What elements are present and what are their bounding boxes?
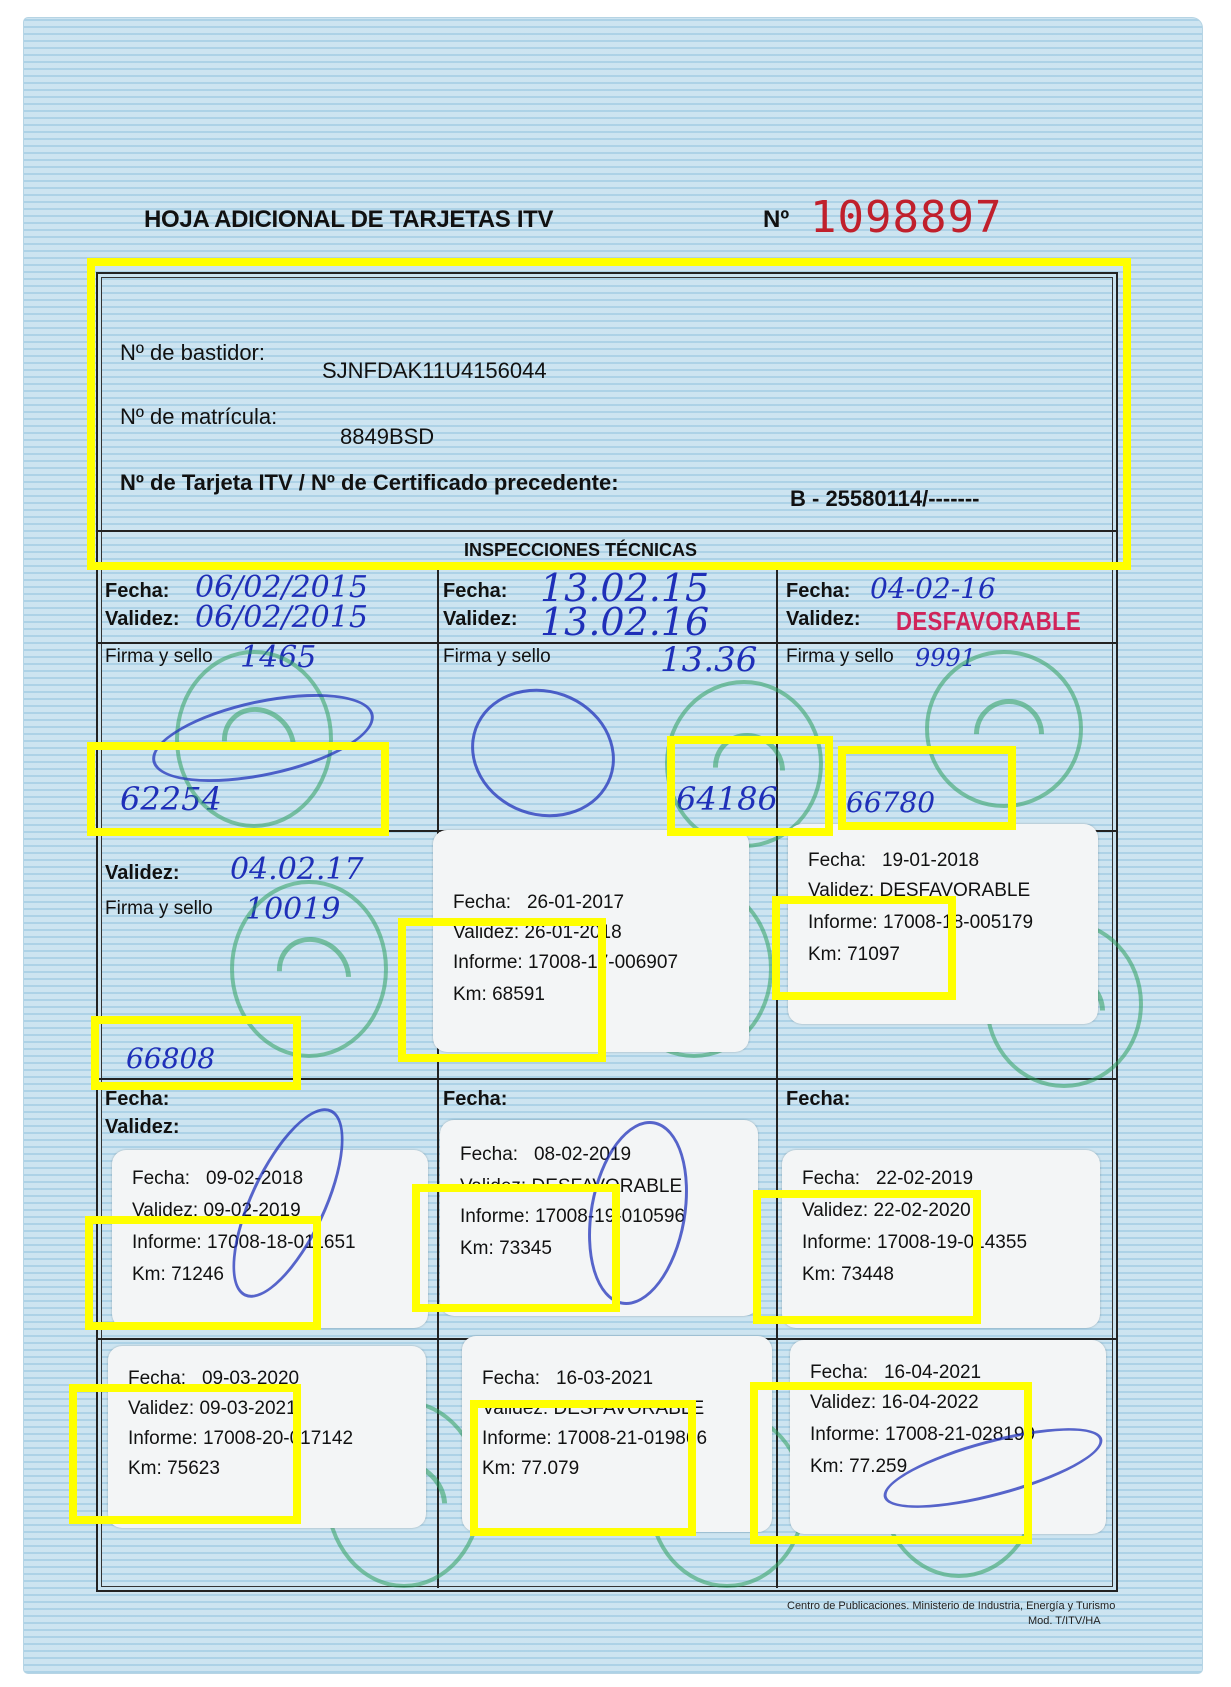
highlight-km bbox=[69, 1384, 301, 1524]
handwritten-fecha: 04-02-16 bbox=[870, 572, 996, 605]
fecha-label: Fecha: bbox=[443, 1088, 507, 1111]
firma-label: Firma y sello bbox=[443, 646, 551, 668]
highlight-km bbox=[750, 1382, 1032, 1544]
handwritten-note: 13.36 bbox=[660, 640, 757, 680]
firma-label: Firma y sello bbox=[786, 646, 894, 668]
handwritten-validez: 13.02.16 bbox=[540, 600, 709, 644]
highlight-vehicle-info bbox=[87, 258, 1131, 570]
fecha-label: Fecha: bbox=[443, 580, 507, 603]
sticker-fecha: 26-01-2017 bbox=[527, 892, 624, 913]
firma-label: Firma y sello bbox=[105, 898, 213, 920]
validez-label: Validez: bbox=[786, 608, 860, 631]
handwritten-validez: 06/02/2015 bbox=[195, 600, 368, 635]
fecha-label: Fecha: bbox=[105, 1088, 169, 1111]
sticker-fecha: 16-03-2021 bbox=[556, 1368, 653, 1389]
highlight-km bbox=[772, 896, 956, 1000]
firma-label: Firma y sello bbox=[105, 646, 213, 668]
validez-label: Validez: bbox=[443, 608, 517, 631]
model-code: Mod. T/ITV/HA bbox=[1028, 1615, 1101, 1627]
validez-label: Validez: bbox=[105, 1116, 179, 1139]
document-title: HOJA ADICIONAL DE TARJETAS ITV bbox=[144, 206, 553, 234]
highlight-km bbox=[838, 746, 1016, 830]
fecha-label: Fecha: bbox=[460, 1144, 518, 1165]
sticker-fecha: 19-01-2018 bbox=[882, 850, 979, 871]
fecha-label: Fecha: bbox=[810, 1362, 868, 1383]
publisher-note: Centro de Publicaciones. Ministerio de I… bbox=[787, 1600, 1115, 1612]
fecha-label: Fecha: bbox=[786, 580, 850, 603]
desfavorable-stamp: DESFAVORABLE bbox=[896, 606, 1081, 637]
highlight-km bbox=[667, 736, 833, 836]
fecha-label: Fecha: bbox=[802, 1168, 860, 1189]
sticker-fecha: 16-04-2021 bbox=[884, 1362, 981, 1383]
number-label: Nº bbox=[763, 206, 789, 234]
highlight-km bbox=[85, 1216, 321, 1330]
highlight-km bbox=[470, 1400, 696, 1536]
fecha-label: Fecha: bbox=[105, 580, 169, 603]
serial-number: 1098897 bbox=[810, 192, 1002, 243]
sticker-fecha: 22-02-2019 bbox=[876, 1168, 973, 1189]
highlight-km bbox=[91, 1016, 301, 1090]
fecha-label: Fecha: bbox=[482, 1368, 540, 1389]
validez-label: Validez: bbox=[105, 862, 179, 885]
highlight-km bbox=[412, 1184, 620, 1312]
highlight-km bbox=[753, 1190, 981, 1324]
fecha-label: Fecha: bbox=[808, 850, 866, 871]
highlight-km bbox=[87, 742, 389, 836]
fecha-label: Fecha: bbox=[453, 892, 511, 913]
fecha-label: Fecha: bbox=[132, 1168, 190, 1189]
highlight-km bbox=[398, 918, 606, 1062]
validez-label: Validez: bbox=[105, 608, 179, 631]
fecha-label: Fecha: bbox=[786, 1088, 850, 1111]
